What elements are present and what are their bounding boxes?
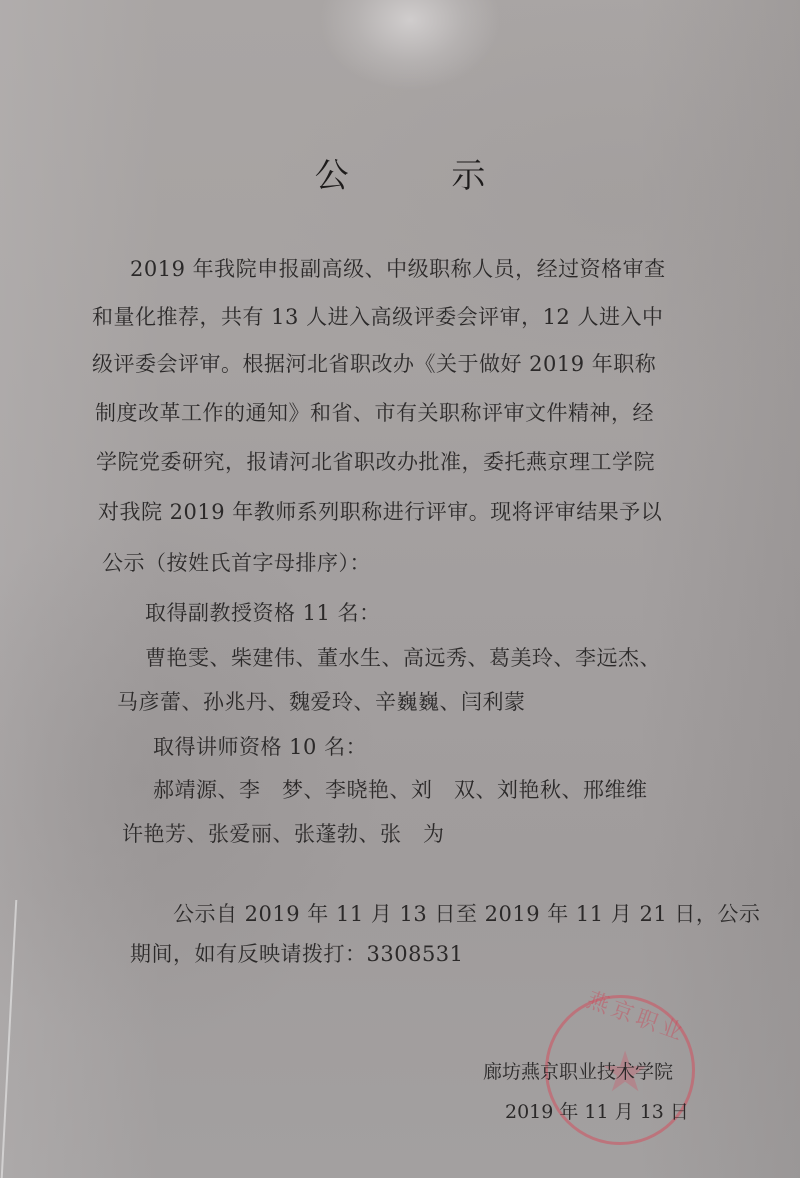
signature-institution: 廊坊燕京职业技术学院 — [483, 1057, 673, 1084]
notice-period: 公示自 2019 年 11 月 13 日至 2019 年 11 月 21 日，公… — [173, 898, 760, 928]
associate-professor-names: 曹艳雯、柴建伟、董水生、高远秀、葛美玲、李远杰、 — [145, 642, 661, 672]
paragraph-line: 对我院 2019 年教师系列职称进行评审。现将评审结果予以 — [98, 496, 662, 526]
paragraph-line: 制度改革工作的通知》和省、市有关职称评审文件精神，经 — [95, 397, 654, 427]
paragraph-line: 和量化推荐，共有 13 人进入高级评委会评审，12 人进入中 — [92, 301, 663, 331]
paragraph-line: 公示（按姓氏首字母排序）： — [102, 547, 371, 577]
lecturer-names: 郝靖源、李 梦、李晓艳、刘 双、刘艳秋、邢维维 — [153, 774, 648, 804]
page-title: 公 示 — [0, 148, 800, 197]
lecturer-heading: 取得讲师资格 10 名： — [153, 731, 367, 761]
signature-date: 2019 年 11 月 13 日 — [505, 1097, 689, 1124]
associate-professor-heading: 取得副教授资格 11 名： — [145, 597, 381, 627]
associate-professor-names: 马彦蕾、孙兆丹、魏爱玲、辛巍巍、闫利蒙 — [117, 686, 526, 716]
paragraph-line: 级评委会评审。根据河北省职改办《关于做好 2019 年职称 — [92, 348, 656, 378]
notice-contact: 期间，如有反映请拨打：3308531 — [130, 938, 464, 968]
paragraph-line: 2019 年我院申报副高级、中级职称人员，经过资格审查 — [130, 253, 666, 283]
lecturer-names: 许艳芳、张爱丽、张蓬勃、张 为 — [122, 818, 445, 848]
paragraph-line: 学院党委研究，报请河北省职改办批准，委托燕京理工学院 — [96, 446, 655, 476]
